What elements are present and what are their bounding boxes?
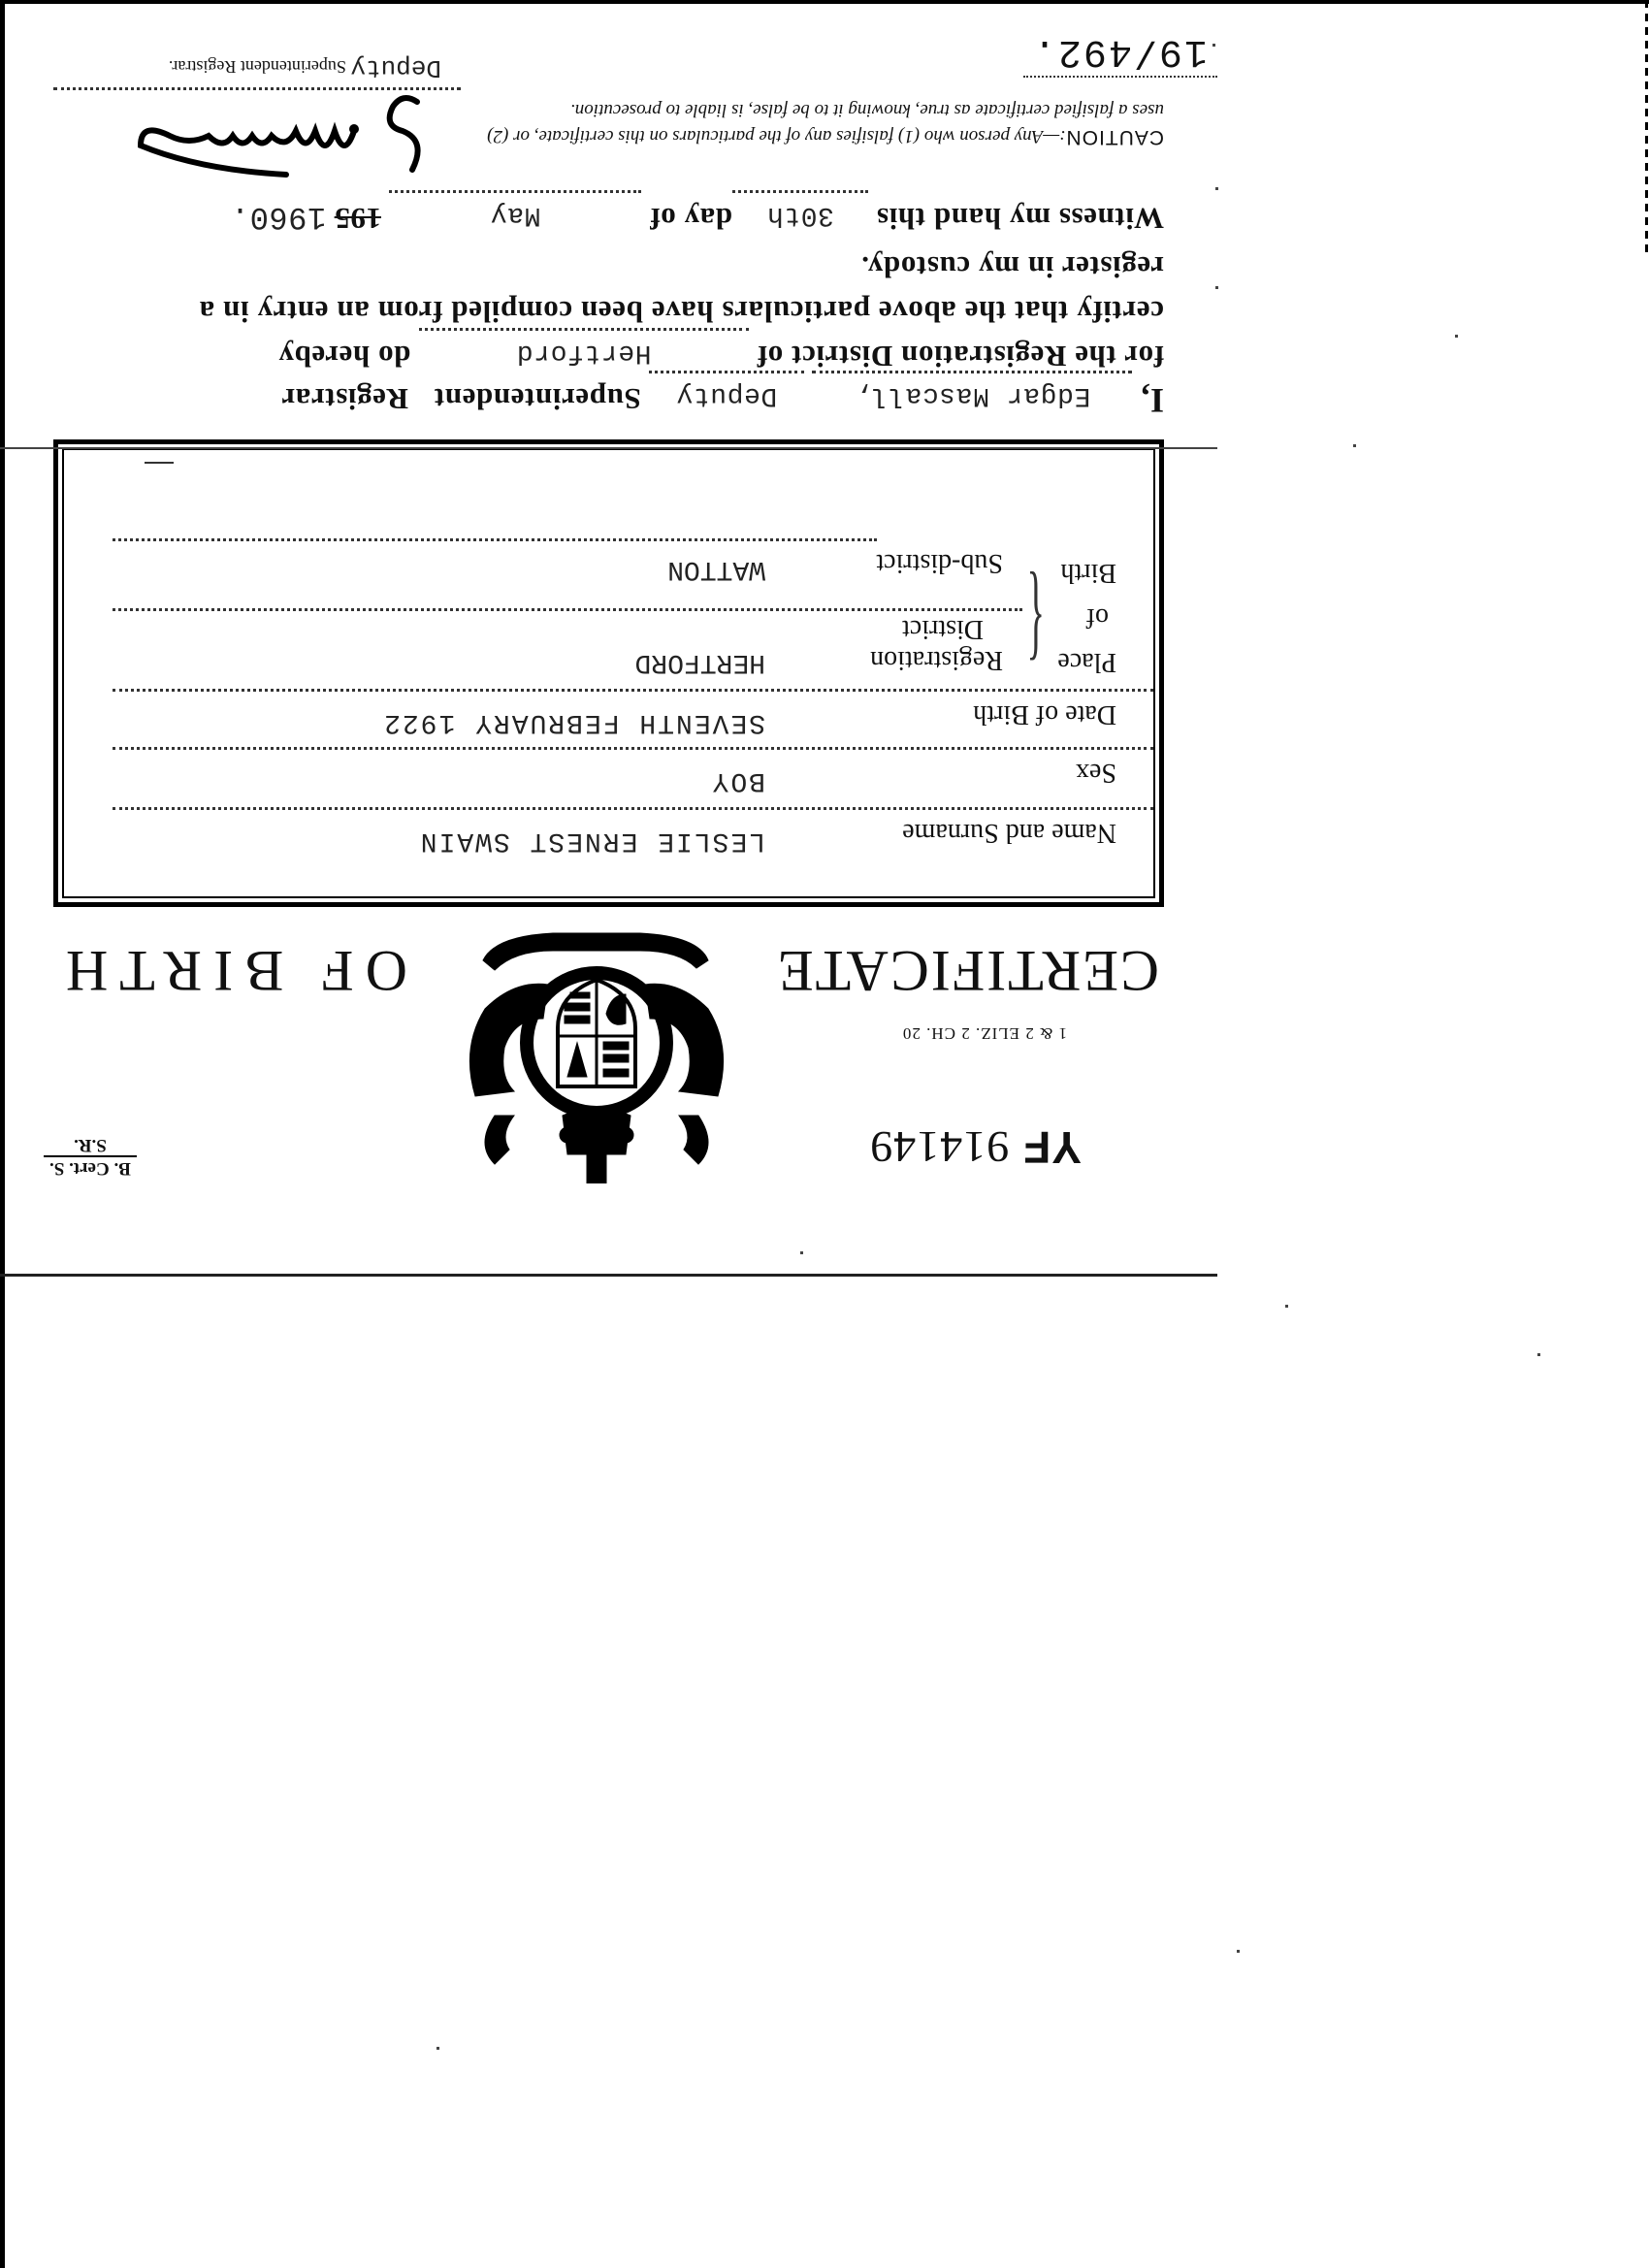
signature-dotted-line — [53, 87, 461, 90]
stray-mark — [145, 462, 174, 464]
registration-label-1: Registration — [870, 644, 1003, 675]
reference-dotted-line — [1023, 76, 1217, 78]
statute-reference: 1 & 2 ELIZ. 2 CH. 20 — [902, 1023, 1067, 1043]
caution-text: :—Any person who (1) falsifies any of th… — [487, 100, 1164, 146]
scan-speck — [1455, 335, 1458, 338]
title-certificate: CERTIFICATE — [776, 937, 1159, 1004]
signature-title: Deputy Superintendent Registrar. — [169, 53, 441, 82]
scan-speck — [1537, 1353, 1540, 1356]
witness-line: Witness my hand this 30thday of May 195 … — [48, 190, 1164, 240]
certification-line-1: I, Edgar Mascall, Deputy Superintendent … — [48, 371, 1164, 422]
field-sex-label: Sex — [1076, 757, 1116, 788]
registrar-role-typed: Deputy — [649, 371, 804, 416]
cert-prefix: I, — [1141, 381, 1164, 420]
field-date-of-birth: Date of Birth SEVENTH FEBRUARY 1922 — [64, 691, 1153, 729]
field-place-of-birth: Place of Birth { Registration District H… — [64, 530, 1153, 675]
serial-prefix: YF — [1022, 1122, 1082, 1173]
sub-district-label: Sub-district — [876, 547, 1003, 578]
witness-day: 30th — [732, 190, 868, 236]
scan-right-edge — [1645, 0, 1648, 252]
district-suffix: do hereby — [278, 340, 411, 373]
witness-year: 1960. — [230, 199, 326, 235]
signature-icon — [63, 92, 432, 179]
district-prefix: for the Registration District of — [757, 340, 1164, 373]
signature-typed-role: Deputy — [350, 53, 441, 82]
registrar-name: Edgar Mascall, — [812, 371, 1132, 416]
field-name: Name and Surname LESLIE ERNEST SWAIN — [64, 809, 1153, 848]
caution-notice: CAUTION:—Any person who (1) falsifies an… — [466, 97, 1164, 150]
sub-district-value: WATTON — [667, 554, 765, 584]
field-sex: Sex BOY — [64, 749, 1153, 788]
field-name-label: Name and Surname — [902, 817, 1116, 848]
form-code: B. Cert. S. S.R. — [44, 1134, 137, 1179]
certification-line-3: certify that the above particulars have … — [48, 290, 1164, 333]
scan-speck — [1237, 1950, 1240, 1953]
witness-month: May — [389, 190, 641, 236]
scan-speck — [1285, 1305, 1288, 1308]
registration-label-2: District — [902, 613, 984, 644]
field-name-value: LESLIE ERNEST SWAIN — [419, 826, 765, 856]
place-label-3: Birth — [1060, 559, 1116, 586]
witness-year-struck: 195 — [335, 202, 381, 236]
serial-number: YF914149 — [869, 1121, 1082, 1174]
dotted-line — [113, 747, 1153, 750]
title-of-birth: OF BIRTH — [54, 937, 407, 1004]
certification-line-2: for the Registration District of Hertfor… — [48, 328, 1164, 377]
form-code-top: B. Cert. S. — [44, 1155, 137, 1179]
certification-line-4: register in my custody. — [48, 245, 1164, 288]
dotted-line — [113, 689, 1153, 692]
field-dob-label: Date of Birth — [973, 698, 1116, 729]
place-label-1: Place — [1057, 648, 1116, 675]
caution-lead: CAUTION — [1066, 126, 1165, 148]
serial-digits: 914149 — [869, 1122, 1009, 1172]
role-printed: Superintendent Registrar — [281, 382, 641, 416]
form-code-bottom: S.R. — [44, 1134, 137, 1155]
signature-printed-role: Superintendent Registrar. — [169, 57, 346, 77]
reference-number: 19/492. — [1031, 29, 1208, 73]
dotted-line — [113, 538, 877, 541]
scan-speck — [1353, 444, 1356, 447]
witness-prefix: Witness my hand this — [876, 202, 1164, 236]
district-value: Hertford — [419, 328, 749, 373]
brace-icon: { — [1027, 568, 1045, 675]
birth-certificate: B. Cert. S. S.R. YF914149 1 & 2 ELIZ. 2 … — [0, 0, 1217, 1276]
particulars-inner-border: Name and Surname LESLIE ERNEST SWAIN Sex… — [62, 448, 1155, 898]
registration-district-value: HERTFORD — [635, 647, 765, 677]
particulars-box: Name and Surname LESLIE ERNEST SWAIN Sex… — [53, 439, 1164, 907]
dotted-line — [113, 807, 1153, 810]
scan-speck — [436, 2047, 439, 2050]
field-dob-value: SEVENTH FEBRUARY 1922 — [382, 707, 765, 737]
field-sex-value: BOY — [711, 765, 765, 795]
place-label-2: of — [1086, 603, 1109, 631]
scan-fold-line — [0, 447, 1217, 449]
witness-day-suffix: day of — [650, 202, 732, 236]
dotted-line — [113, 608, 1022, 611]
royal-coat-of-arms-icon — [456, 923, 737, 1183]
